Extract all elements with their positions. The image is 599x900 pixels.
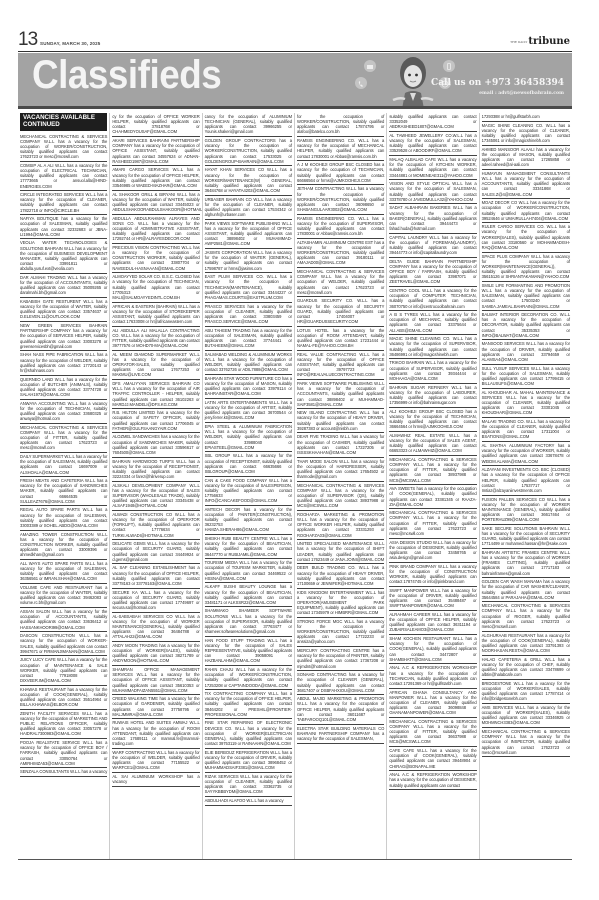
classified-ad: ALWADI CONSTRUCTION CO W.L.L has a vacan… — [112, 511, 199, 540]
classified-ad: Mechanical Contracting & Services Compan… — [389, 718, 476, 747]
ad-text: has a vacancy for the occupation of SALE… — [482, 288, 570, 308]
classified-ad: SULL YUSUF SERVICES W.L.L has a vacancy … — [482, 365, 570, 389]
ad-text: cy for the occupation of OFFICE WORKER H… — [112, 114, 199, 134]
classified-ad: AL SAI ALUMINIUM WORKSHOP has a vacancy — [112, 773, 199, 787]
classified-ad: KIDS KINGDOM ENTERTAINMENT W.L.L has a v… — [297, 589, 384, 618]
classified-ad: DAILY SUPERMARKET W.L.L has a vacancy fo… — [20, 453, 107, 477]
classified-ad: AHMED MANSOOR ALAALI has a vacancy for t… — [482, 146, 570, 170]
classified-ad: MERCURY CONTRACTING CENTRE has a vacancy… — [297, 647, 384, 671]
call-us-phone: Call us on +973 36458394 — [431, 78, 564, 88]
classified-ad: ASIA DESIGN STUDIO W.L.L has a vacancy f… — [389, 539, 476, 563]
newspaper-page: 13 SUNDAY, MARCH 30, 2025 THE DAILYtribu… — [18, 0, 572, 900]
page-number: 13 — [18, 29, 37, 51]
classified-ad: 17293388 or hr@gulfstarbh.com — [482, 113, 570, 122]
classified-ad: MECHANICAL CONTRACTING & SERVICES COMPAN… — [20, 424, 107, 453]
classified-ad: PINK BRAND COMPANY W.L.L has a vacancy f… — [389, 563, 476, 587]
classified-ad: Mechanical Contracting & Services Compan… — [297, 482, 384, 511]
classified-ad: MECHANICAL CONTRACTING & SERVICES COMPAN… — [20, 133, 107, 162]
classified-ad: MECHANICAL CONTRACTING & SERVICES COMPAN… — [389, 509, 476, 538]
classified-ad: African & Eastern (Bahrain) W.L.L has a … — [112, 303, 199, 327]
classified-ad: SADAT ALBAHRAIN BAKERIES W.L.L has a vac… — [389, 204, 476, 233]
classified-ad: QUERNEO LAND W.L.L has a vacancy for the… — [20, 376, 107, 400]
classified-ad: VOLUME CAFE AND RESTAURANT has a vacancy… — [20, 584, 107, 608]
classified-ad: BALWAT INTERIOR DECORATION CO. W.L.L has… — [482, 311, 570, 340]
classified-ad: ELECTRA STAR BUILDING MATERIALS CO BAHRA… — [297, 725, 384, 744]
classified-ad: SAKE Secure Solutions Bahrain W.L.L has … — [482, 525, 570, 549]
classified-ad: TIX CONTRACTING COMPANY W.L.L has a vaca… — [205, 690, 292, 719]
classified-ad: NEW ISLAND CONTRACTING W.L.L has a vacan… — [297, 409, 384, 433]
classified-ad: CREED WALKING TIME has a vacancy for the… — [112, 695, 199, 719]
classified-ad: SPACE PLUS COMPANY W.L.L has a vacancy f… — [482, 253, 570, 282]
classified-ad: ALSKALI DEVELOPMENT COMPANY W.L.L has a … — [112, 482, 199, 511]
classified-ad: SHAH NASS PIPE FABRICATION W.L.L has a v… — [20, 351, 107, 375]
ad-text: has a vacancy for the occupation of OFFI… — [297, 701, 384, 721]
classified-ad: DELTA GUIDE BAHRAIN PARTNERSHIP COMPANY … — [389, 258, 476, 287]
issue-date: SUNDAY, MARCH 30, 2025 — [40, 41, 101, 46]
classified-ad: MECHANICAL CONTRACTING & SERVICES COMPAN… — [482, 602, 570, 631]
classified-ad: ABU TAHEEM TRADING has a vacancy for the… — [205, 327, 292, 351]
classified-ad: MANSOOD SERVICES W.L.L has a vacancy for… — [482, 340, 570, 364]
ad-text: has a vacancy for the occupation of ACCO… — [297, 386, 384, 406]
classified-ad: A B S TYRES W.L.L has a vacancy for the … — [389, 311, 476, 335]
ad-text: has a vacancy for the occupation of DECO… — [482, 317, 570, 337]
classified-ad: DASCON CONSTRUCTION W.L.L has a vacancy … — [20, 632, 107, 656]
banner-title: Classifieds — [32, 53, 221, 98]
brand-logo: THE DAILYtribune — [510, 36, 570, 47]
classified-ad: ANDY MOON TRADING has a vacancy for the … — [112, 642, 199, 666]
classified-ad: AL SHATHA ALUMINIUM FACTORY has a vacanc… — [482, 442, 570, 466]
classified-ad: ALKAFF SUSHI BEAUTY LOUNGE has a vacancy… — [205, 583, 292, 607]
classified-ad: REGAL AUTO SPARE PARTS W.L.L has a vacan… — [20, 506, 107, 530]
classified-ad: BAHRAIN ARTISTIC FRAMES CENTRE W.L.L has… — [482, 549, 570, 578]
classified-ad: RAMSIS ENGINEERING CO. W.L.L has a vacan… — [297, 215, 384, 239]
ad-text: has a vacancy for the occupation of DESI… — [389, 777, 476, 787]
classified-ad: DFS Amaliyyan Services Bahrain Co W.L.L … — [112, 380, 199, 409]
ad-text: has a vacancy for the occupation of OFFI… — [205, 226, 292, 246]
column-3: cancy for the occupation of ALUMINIUM TE… — [203, 113, 295, 859]
ad-text: has a vacancy — [257, 798, 284, 803]
classified-columns: VACANCIES AVAILABLE CONTINUEDMECHANICAL … — [18, 113, 572, 860]
classified-ad: ABDUL MAJID MARKETING & PROMOTION W.L.L … — [297, 695, 384, 724]
classified-ad: ALGHURAAB RESTAURANT has a vacancy for t… — [482, 632, 570, 656]
classified-ad: COMSIP AL A ALI W.L.L has a vacancy for … — [20, 162, 107, 191]
classified-ad: suitably qualified applicants can contac… — [389, 113, 476, 132]
classified-ad: FUSION PALLEN SERVICES CO W.L.L has a va… — [482, 496, 570, 525]
classified-ad: ASSAN SALON W.L.L has a vacancy for the … — [20, 608, 107, 632]
classified-ad: AVA SWEETS has a vacancy for the occupat… — [389, 485, 476, 509]
classified-ad: ANAL A.C & REFRIGERATION WORKSHOP has a … — [389, 664, 476, 688]
ad-text: has a vacancy for the occupation of CONS… — [20, 537, 107, 557]
classified-ad: CAFE CAFE W.L.L has a vacancy for the oc… — [389, 747, 476, 771]
classified-ad: ROOHAFZA MARKETING & PROMOTION W.L.L has… — [297, 511, 384, 540]
envelope-icon — [364, 60, 376, 72]
classified-ad: SBL GROUP W.L.L has a vacancy for the oc… — [205, 452, 292, 476]
classified-ad: Secure Ka W.L.L has a vacancy for the oc… — [112, 589, 199, 613]
classified-ad: BRIDGESTONE W.L.L has a vacancy for the … — [482, 680, 570, 704]
classified-ad: NAFIYA BOUTIQUE has a vacancy for the oc… — [20, 215, 107, 239]
classified-ad: MAGIC SHINE CLEANING CO. W.L.L has a vac… — [482, 122, 570, 146]
classified-ad: PRECIOUS VISION CONTRACTING W.L.L has a … — [112, 244, 199, 273]
ad-text: has a vacancy for the occupation of WELD… — [205, 357, 292, 372]
classified-ad: SHEIKH RUBI BEAUTY CENTRE W.L.L has a va… — [205, 535, 292, 559]
classified-ad: AL SHAKOOR GRILL & BIRYANI W.L.L has a v… — [112, 191, 199, 215]
classified-ad: JASIM'S CORPORATION W.L.L has a vacancy … — [205, 249, 292, 273]
classified-ad: ALOZMEL SANDWICHES has a vacancy for the… — [112, 433, 199, 457]
classified-ad: AKARI SERVICES BAHRAINI PARTNERSHIP COMP… — [112, 137, 199, 166]
classified-ad: ALMAWHIZ REAL ESTATE W.L.L has a vacancy… — [389, 432, 476, 456]
classified-ad: THAR MODE SALON W.L.L has a vacancy for … — [297, 458, 384, 482]
column-1: VACANCIES AVAILABLE CONTINUEDMECHANICAL … — [18, 113, 110, 859]
classified-ad: UNITED SPECIALISED MAINTENANCE W.L.L has… — [297, 540, 384, 564]
classified-ad: AL-SABSABAH SERVICES CO W.L.L has a vaca… — [112, 613, 199, 642]
classified-ad: SHAMMAKO SHAMEER SOFTWARE SOLUTIONS W.L.… — [205, 607, 292, 636]
classified-ad: SENZALA CONSULTANTS W.L.L has a vacancy — [20, 768, 107, 777]
classified-ad: CENTRO COOL W.L.L has a vacancy for the … — [389, 287, 476, 311]
column-2: cy for the occupation of OFFICE WORKER H… — [110, 113, 202, 859]
classified-ad: Malaki Trading Co. W.L.L has a vacancy f… — [482, 418, 570, 442]
classified-ad: Ruwais Hotel and Suites Amwaj W.L.L has … — [112, 719, 199, 748]
classified-ad: NEW GREEN SERVICES BAHRAIN PARTNERSHIP C… — [20, 322, 107, 351]
classified-ad: ABDULLA ABDULRAHMAN ALRAYES AND SONS CO.… — [112, 215, 199, 244]
classified-ad: Dear Five Trading W.L.L has a vacancy fo… — [297, 433, 384, 457]
classifieds-banner: Classifieds Call us on — [18, 53, 572, 109]
ad-company: SENZALA CONSULTANTS W.L.L — [20, 769, 80, 774]
classified-ad: MECHANICAL CONTRACTING & SERVICES COMPAN… — [297, 268, 384, 297]
classified-ad: RULER CARGO SERVICES CO. W.L.L has a vac… — [482, 223, 570, 252]
classified-ad: for the occupation of WORKER/CONSTRUCTIO… — [297, 113, 384, 137]
column-5: suitably qualified applicants can contac… — [387, 113, 479, 859]
classified-ad: HAN FOOD STUFF TRADING W.L.L has a vacan… — [205, 637, 292, 666]
column-6: 17293388 or hr@gulfstarbh.comMAGIC SHINE… — [480, 113, 572, 859]
classified-ad: VISION AND STYLE OPTICAL W.L.L has a vac… — [389, 180, 476, 204]
classified-ad: HALAD CAFETERIA & GRILL W.L.L has a vaca… — [482, 656, 570, 680]
classified-ad: ELIE BERBOUZ REFRIGERATION W.L.L has a v… — [205, 749, 292, 773]
classified-ad: MECHANICAL CONTRACTING & SERVICES COMPAN… — [482, 728, 570, 757]
classified-ad: JUICY LUCY CAFE W.L.L has a vacancy for … — [20, 656, 107, 685]
classified-ad: RAMSIS ENGINEERING CO. W.L.L has a vacan… — [297, 137, 384, 161]
classified-ad: URBASER BAHRAIN CO W.L.L has a vacancy f… — [205, 196, 292, 220]
ad-text: suitably qualified applicants can contac… — [389, 114, 476, 129]
classified-ad: ZENITH FACILITY SERVICES W.L.L has a vac… — [20, 710, 107, 739]
classified-ad: FRESH MEATS AND CAFETERIA W.L.L has a va… — [20, 477, 107, 506]
classified-ad: AL KHOUDHAR AL MAHAL MAINTENANCE & SERVI… — [482, 389, 570, 418]
ad-text: has a vacancy for the occupation of ROOM… — [112, 726, 199, 746]
classified-ad: MOAZ DECOR CO W.L.L has a vacancy for th… — [482, 199, 570, 223]
classified-ad: MAGIC SHINE CLEANING CO. W.L.L has a vac… — [389, 335, 476, 359]
classified-ad: MALAQ ALBALAD CAFE W.L.L has a vacancy f… — [389, 156, 476, 180]
ad-text: has a vacancy for the occupation of ACCO… — [482, 176, 570, 196]
classified-ad: ALI ABDULLA ALI MALALLA CONTRACTING CO. … — [112, 327, 199, 351]
ad-text: 17293388 or hr@gulfstarbh.com — [482, 114, 540, 119]
mobile-icon — [443, 60, 455, 72]
classified-ad: CIRCLE INTEGRATED SERVICES W.L.L has a v… — [20, 191, 107, 215]
classified-ad: ALZAYANI INVESTMENTS CO. BSC (CLOSED) ha… — [482, 466, 570, 495]
ad-text: cancy for the occupation of ALUMINIUM TE… — [205, 114, 292, 134]
classified-ad: AMAZING TOWER CONSTRUCTION W.L.L has a v… — [20, 531, 107, 560]
ad-text: for the occupation of WORKER/CONSTRUCTIO… — [297, 114, 384, 134]
classified-ad: KABABISH GATE RESTURENT W.L.L has a vaca… — [20, 298, 107, 322]
classified-ad: ANWAYA ACCOUNTING W.L.L has a vacancy fo… — [20, 400, 107, 424]
classified-ad: PARK VIEWS SOFTWARE PUBLISHING W.L.L has… — [297, 380, 384, 409]
classified-ad: SALMABAD WELDING & ALUMINIUM WORKS W.L.L… — [205, 351, 292, 375]
classified-ad: ANAL A.C & REFRIGERATION WORKSHOP has a … — [389, 771, 476, 790]
classified-ad: ABDULHADI ALAFOO W.L.L has a vacancy — [205, 797, 292, 806]
classified-ad: AMTECH DECOR has a vacancy for the occup… — [205, 506, 292, 535]
classified-ad: FINE STAR REPAIRING OF ELECTRONIC DEVICE… — [205, 719, 292, 748]
classified-ad: ALRAHMAH CAREER W.L.L has a vacancy for … — [389, 611, 476, 635]
classified-ad: DAR ALMAHI TRADING W.L.L has a vacancy f… — [20, 274, 107, 298]
classified-ad: SMILE LIFE FORMANTING AND PROMOTION W.L.… — [482, 282, 570, 311]
classified-ad: SHAMRAN OFFICE MANAGEMENT SERVICES W.L.L… — [112, 666, 199, 695]
ad-text: has a vacancy for the occupation of WORK… — [482, 555, 570, 575]
classified-ad: GOLDEN CAR WASH MANAMA has a vacancy for… — [482, 578, 570, 602]
classified-ad: CAN & CAKE FOOD COMPANY W.L.L has a vaca… — [205, 477, 292, 506]
classified-ad: BAHRAIN SUGAR REFINERY W.L.L has a vacan… — [389, 384, 476, 408]
classified-ad: BAHRAIN HARDWOOD TURF'S W.L.L has a vaca… — [112, 458, 199, 482]
classified-ad: AFRICAN GHANA CONSULTANCY AND MANPOWER W… — [389, 689, 476, 718]
classified-ad: DEER BUILD TRADING CO. W.L.L has a vacan… — [297, 564, 384, 588]
classified-ad: AL SAF CLEANING ESTABLISHMENT has a vaca… — [112, 564, 199, 588]
classified-ad: WARF CONTRACTING W.L.L has a vacancy for… — [112, 749, 199, 773]
classified-ad: LATIN ARTS ENTERTAINMENTS W.L.L has a va… — [205, 399, 292, 423]
classified-ad: GOLDEN GROUP CONTRACTORS has a vacancy f… — [205, 137, 292, 166]
advert-email: email : advt@newsofbahrain.com — [479, 91, 564, 96]
ad-text: has a vacancy for the occupation of SECU… — [482, 531, 570, 546]
ad-text: has a vacancy for the occupation of OFFI… — [482, 472, 570, 492]
classified-ad: HAYAT KHAN SERVICES CO W.L.L has a vacan… — [205, 166, 292, 195]
ad-text: has a vacancy for the occupation of OFFI… — [297, 517, 384, 537]
classified-ad: VEOLIA WATER TECHNOLOGIES & SOLUTIONS BA… — [20, 239, 107, 273]
classified-ad: SWIFT MANPOWER W.L.L has a vacancy for t… — [389, 587, 476, 611]
classified-ad: Mechanical Contracting & Services Compan… — [389, 456, 476, 485]
phone-icon — [355, 77, 367, 89]
ad-text: has a vacancy for the occupation of TECH… — [389, 671, 476, 686]
classified-ad: Almoayyed Solar Co. B.S.C. Closed has a … — [112, 273, 199, 302]
classified-ad: TOURISM MEDIA W.L.L has a vacancy for th… — [205, 559, 292, 583]
classified-ad: sonahd contracting has a vacancy for the… — [297, 671, 384, 695]
classified-ad: R.B. HILTON LIMITED has a vacancy for th… — [112, 409, 199, 433]
classified-ad: GUARDUS SECURITY CO. W.L.L has a vacancy… — [297, 297, 384, 326]
classified-ad: SHAM KOCHEN RESTAURANT W.L.L has a vacan… — [389, 635, 476, 664]
classified-ad: ALTASHAMIN ALUMINIUM CENTRE EST has a va… — [297, 239, 384, 268]
classified-ad: cancy for the occupation of ALUMINIUM TE… — [205, 113, 292, 137]
classified-ad: A J M KOOHEJI GROUP BSC CLOSED has a vac… — [297, 161, 384, 185]
brand-prefix: THE DAILY — [510, 40, 527, 44]
classified-ad: Strong Force MGC W.L.L has a vacancy for… — [297, 618, 384, 647]
classified-ad: AL MEEM DIAMOND SUPERMARKET W.L.L has a … — [112, 351, 199, 380]
section-heading: VACANCIES AVAILABLE CONTINUED — [20, 113, 107, 131]
classified-ad: LOTUS HOTEL has a vacancy for the occupa… — [297, 327, 384, 351]
classified-ad: PRASCO SERVICES has a vacancy for the oc… — [205, 303, 292, 327]
classified-ad: PARK VIEWS SOFTWARE PUBLISHING W.L.L has… — [205, 220, 292, 249]
ad-text: has a vacancy for the occupation of SHIF… — [297, 546, 384, 561]
ad-text: has a vacancy for the occupation of SALE… — [112, 488, 199, 508]
classified-ad: AMS SERVICES W.L.L has a vacancy for the… — [482, 704, 570, 728]
brand-name: tribune — [528, 36, 570, 47]
column-4: for the occupation of WORKER/CONSTRUCTIO… — [295, 113, 387, 859]
classified-ad: Jetham Contracting W.L.L has a vacancy f… — [297, 185, 384, 214]
classified-ad: ALL WAYS AUTO SPARE PARTS W.L.L has a va… — [20, 560, 107, 584]
ad-text: has a vacancy for the occupation of AIR … — [112, 386, 199, 406]
classified-ad: HUMAYUN MANAGEMENT CONSULTANTS W.L.L has… — [482, 170, 570, 199]
classified-ad: ALJ KOOHEJI GROUP BSC CLOSED has a vacan… — [389, 408, 476, 432]
classified-ad: POOJA REALSTATE SERVICE W.L.L has a vaca… — [20, 739, 107, 768]
classified-ad: East Plum Services Co. W.L.L has a vacan… — [205, 273, 292, 302]
classified-ad: AMARI CARGO SERVICES W.L.L has a vacancy… — [112, 166, 199, 190]
ad-text: has a vacancy for the occupation of WELD… — [205, 429, 292, 449]
classified-ad: AL TAWHEED JEWELLERY CO.W.L.L has a vaca… — [389, 132, 476, 156]
classified-ad: RAHIN CHAJU W.L.L has a vacancy for the … — [205, 666, 292, 690]
masthead: 13 SUNDAY, MARCH 30, 2025 THE DAILYtribu… — [18, 28, 572, 52]
classified-ad: TRIKOO BAHRAIN W.L.L has a vacancy for t… — [389, 359, 476, 383]
classified-ad: EPIA STEEL & ALUMINIUM FABRICATION W.L.L… — [205, 423, 292, 452]
classified-ad: DELICATE GEMS W.L.L has a vacancy for th… — [112, 540, 199, 564]
ad-text: has a vacancy — [80, 769, 107, 774]
ad-text: has a vacancy for the occupation of OPER… — [112, 357, 199, 377]
ad-company: ABDULHADI ALAFOO W.L.L — [205, 798, 257, 803]
classified-ad: KHAWAS RESTAURANT has a vacancy for the … — [20, 686, 107, 710]
classified-ad: Capital Laundry W.L.L has a vacancy for … — [389, 234, 476, 258]
classified-ad: cy for the occupation of OFFICE WORKER H… — [112, 113, 199, 137]
classified-ad: RIZAK SERVICES W.L.L has a vacancy for t… — [205, 773, 292, 797]
classified-ad: Real Value Contracting W.L.L has a vacan… — [297, 351, 384, 380]
classified-ad: BAHRAIN STAR WOOD FURNITURE CO has a vac… — [205, 375, 292, 399]
